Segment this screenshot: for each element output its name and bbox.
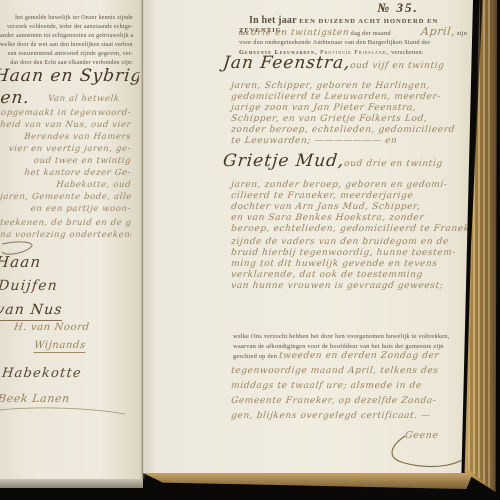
- signature: Habekotte: [1, 366, 82, 381]
- handwritten-line: en van Sara Benkes Hoekstra, zonder: [230, 213, 467, 224]
- handwritten-line: bruid hierbij tegenwoordig, hunne toeste…: [230, 248, 467, 259]
- book-gutter: [141, 0, 145, 479]
- catchword-flourish: [343, 434, 473, 474]
- handwritten-line: gedomicilieerd te Leeuwarden, meerder-: [230, 92, 467, 103]
- handwritten-line: jarige zoon van Jan Pieter Feenstra,: [230, 103, 467, 114]
- handwritten-line: Van al hetwelk: [47, 94, 138, 104]
- bride-name: Grietje Mud,: [222, 156, 345, 167]
- opening-line3: voor den ondergeteekende Ambtenaar van d…: [239, 39, 430, 46]
- printed-line: het gemelde huwelijk ter Onzer kennis zi…: [0, 14, 133, 23]
- handwritten-line: Gemeente Franeker, op dezelfde Zonda-: [230, 396, 467, 407]
- handwritten-line: vier en veertig jaren, ge-: [0, 144, 132, 156]
- handwritten-line: teekenen, de bruid en de ge-: [0, 218, 132, 230]
- printed-prefix: geschied op den: [233, 353, 279, 360]
- handwritten-line: tweeden en derden Zondag der: [278, 352, 439, 361]
- printed-line: een toestemmend antwoord zijnde gegeven,…: [0, 50, 133, 59]
- opening-line1-prefix: In het jaar: [249, 15, 299, 26]
- handwritten-line: oud twee en twintig: [0, 156, 132, 168]
- handwritten-line: jaren, zonder beroep, geboren en gedomi-: [230, 180, 467, 191]
- handwritten-line: heid van van Nus, oud vier: [0, 120, 132, 132]
- handwritten-line: jaren, Schipper, geboren te Harlingen,: [230, 81, 467, 92]
- handwritten-line: gen, blijkens overgelegd certificaat. —: [230, 411, 467, 422]
- printed-line: voor den ondergeteekende Ambtenaar van d…: [239, 38, 469, 47]
- handwritten-day: drie en twintigsten: [250, 29, 349, 38]
- printed-line: geschied op den tweeden en derden Zondag…: [233, 352, 463, 361]
- handwritten-line: middags te twaalf ure; alsmede in de: [230, 381, 467, 392]
- printed-line: welke Ons verzocht hebben het door hen v…: [233, 332, 463, 341]
- printed-line: ander aannemen tot echtgenooten en getro…: [0, 32, 133, 41]
- signature: van Nus: [0, 302, 64, 321]
- handwritten-line: ming tot dit huwelijk gevende en tevens: [230, 259, 467, 270]
- under-page-edge-right: [143, 473, 473, 489]
- bride-name-line: Grietje Mud, oud drie en twintig: [223, 156, 459, 170]
- opening-line4-suffix: verschenen:: [389, 49, 424, 56]
- printed-line: welke door de wet aan den huwelijken sta…: [0, 41, 133, 50]
- register-scan: het gemelde huwelijk ter Onzer kennis zi…: [0, 0, 500, 500]
- record-number: № 35.: [323, 0, 473, 16]
- handwritten-line: oud vijf en twintig: [350, 61, 446, 72]
- handwritten-line: beroep, echtelieden, gedomicilieerd te F…: [230, 224, 467, 235]
- opening-line2-suffix: zijn: [455, 30, 467, 37]
- handwritten-month: April,: [420, 27, 455, 36]
- handwritten-line: Habekotte, oud: [0, 180, 132, 192]
- handwritten-line: zonder beroep, echtelieden, gedomiciliee…: [230, 125, 467, 136]
- signature: Haan: [0, 253, 42, 271]
- handwritten-line: oud drie en twintig: [344, 159, 444, 170]
- signature-flourish: [0, 404, 130, 430]
- spouse-names-line2: len.: [0, 88, 47, 108]
- handwritten-line: zijnde de vaders van den bruidegom en de: [230, 237, 467, 248]
- signature: H. van Noord: [13, 322, 90, 333]
- signature: Wijnands: [33, 340, 86, 353]
- handwritten-line: Schipper, en van Grietje Folkerts Lod,: [230, 114, 467, 125]
- opening-line2-prefix: den: [239, 30, 251, 37]
- handwritten-line: jaren, Gemeente bode, allen: [0, 192, 132, 204]
- groom-name: Jan Feenstra,: [222, 58, 351, 69]
- spouse-names-line1: Haan en Sybrigje: [0, 66, 140, 86]
- right-page: № 35. In het jaar EEN DUIZEND ACHT HONDE…: [143, 0, 473, 473]
- opening-line2-middle: dag der maand: [349, 30, 393, 37]
- left-page: het gemelde huwelijk ter Onzer kennis zi…: [0, 0, 143, 479]
- signature: Duijfen: [0, 278, 59, 294]
- groom-name-line: Jan Feenstra, oud vijf en twintig: [223, 58, 459, 72]
- handwritten-line: opgemaakt in tegenwoord-: [0, 108, 132, 120]
- printed-line: verzoek voldoende, ieder der aanstaande …: [0, 23, 133, 32]
- handwritten-line: cilieerd te Franeker, meerderjarige: [230, 191, 467, 202]
- handwritten-line: te Leeuwarden; ——————— en: [230, 136, 467, 147]
- handwritten-line: van hunne vrouwen is gevraagd geweest;: [230, 281, 467, 292]
- handwritten-line: tegenwoordige maand April, telkens des: [230, 366, 467, 377]
- under-page-edge-left: [0, 479, 143, 488]
- handwritten-line: Berendes van Hamers: [0, 132, 132, 144]
- handwritten-line: het kantore dezer Ge-: [0, 168, 132, 180]
- printed-line: waarvan de afkondigingen voor de hoofdde…: [233, 342, 463, 351]
- handwritten-line: verklarende, dat ook de toestemming: [230, 270, 467, 281]
- handwritten-line: en een partije woon-: [0, 204, 132, 216]
- handwritten-line: dochter van Arn Jans Mud, Schipper,: [230, 202, 467, 213]
- printed-line: den drie en twintigsten dag der maand Ap…: [239, 27, 469, 38]
